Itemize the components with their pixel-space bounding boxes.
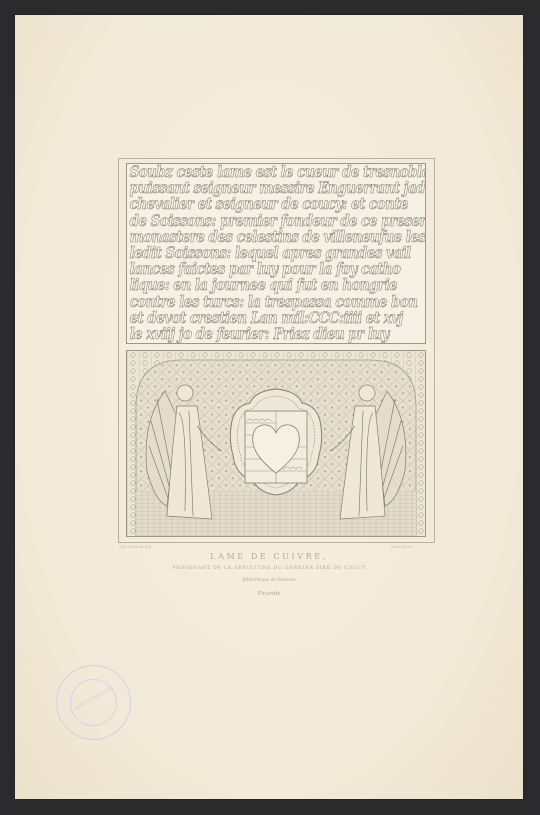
library-stamp: BIBLIOTHÈQUE (56, 665, 131, 740)
inscription-panel: Soubz ceste lame est le cueur de tresnob… (126, 163, 426, 344)
engraver-credit: Ribault Sc. (391, 544, 413, 549)
caption-subtitle: PROVENANT DE LA SÉPULTURE DU DERNIER SIR… (15, 566, 523, 571)
print-sheet: Soubz ceste lame est le cueur de tresnob… (15, 15, 523, 799)
caption-location: Bibliothèque de Soissons (15, 577, 523, 582)
caption-title: LAME DE CUIVRE, (15, 552, 523, 561)
engraved-plate-illustration (126, 350, 426, 537)
caption-region: Picardie (15, 591, 523, 597)
angels-heraldry-image (127, 351, 425, 536)
draughtsman-credit: Gel. Duthoit del. (119, 544, 152, 549)
plate-frame: Soubz ceste lame est le cueur de tresnob… (118, 158, 435, 543)
inscription-line: le xviij jo de feurier: Priez dieu pr lu… (127, 326, 383, 342)
